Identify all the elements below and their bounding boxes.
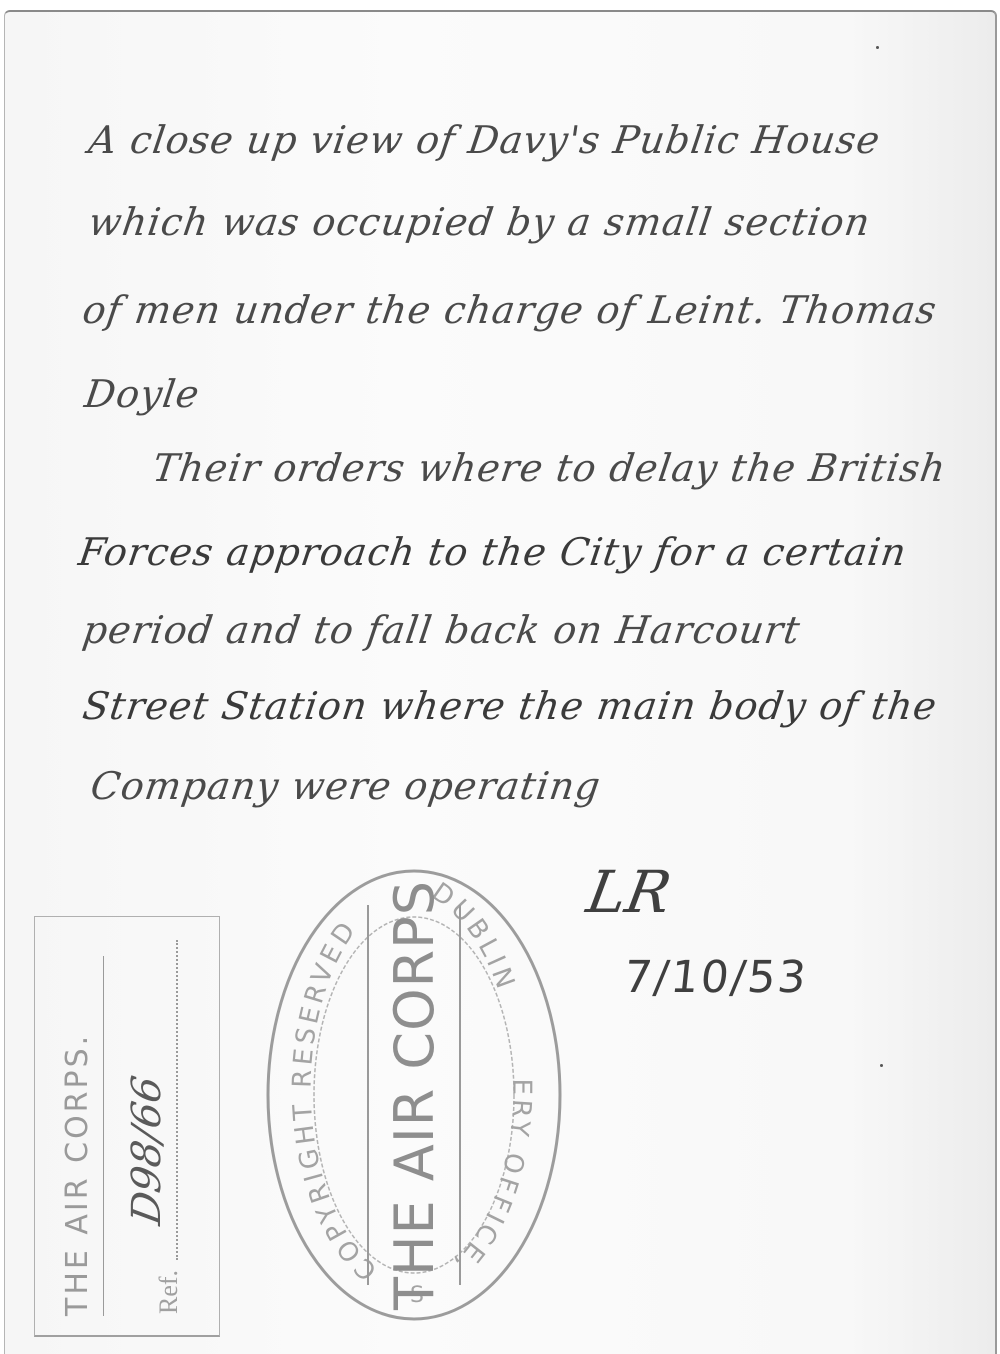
paper-speck (876, 46, 879, 49)
caption-line-9: Company were operating (88, 764, 604, 808)
caption-line-6: Forces approach to the City for a certai… (76, 530, 910, 574)
reference-stamp-title: THE AIR CORPS. (60, 956, 104, 1316)
oval-stamp-center-text: THE AIR CORPS (367, 905, 461, 1285)
reference-dotted-line (176, 940, 178, 1260)
reference-number: D98/66 (124, 1073, 170, 1228)
copyright-oval-stamp: COPYRIGHT RESERVED DUBLIN ERY OFFICE, S … (262, 866, 566, 1324)
reference-label: Ref. (154, 1270, 184, 1314)
signature-initials: LR (582, 858, 676, 926)
caption-line-8: Street Station where the main body of th… (80, 684, 940, 728)
caption-line-5: Their orders where to delay the British (150, 446, 949, 490)
signature-date: 7/10/53 (621, 952, 810, 1003)
reference-stamp: THE AIR CORPS. Ref. D98/66 (34, 916, 220, 1337)
paper-speck (880, 1064, 883, 1067)
caption-line-1: A close up view of Davy's Public House (86, 118, 883, 162)
caption-line-7: period and to fall back on Harcourt (80, 608, 803, 652)
caption-line-3: of men under the charge of Leint. Thomas (80, 288, 940, 332)
caption-line-2: which was occupied by a small section (86, 200, 873, 244)
caption-line-4: Doyle (82, 372, 203, 416)
